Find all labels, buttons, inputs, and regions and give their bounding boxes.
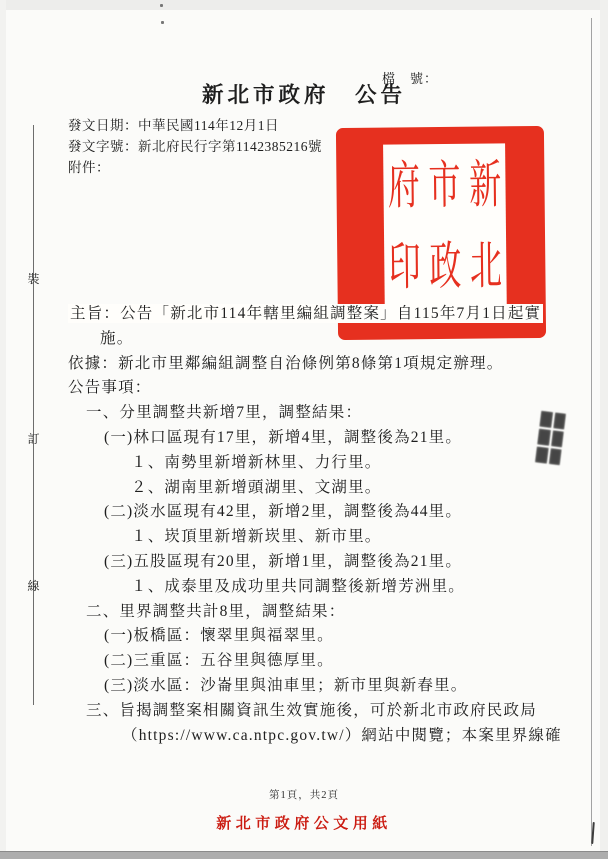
- item-1-1-2: ２、湖南里新增頭湖里、文湖里。: [0, 476, 608, 501]
- item-2-1: (一)板橋區：懷翠里與福翠里。: [0, 624, 608, 649]
- reference-number-line: 發文字號：新北府民行字第1142385216號: [68, 136, 322, 157]
- item-2-3: (三)淡水區：沙崙里與油車里；新市里與新春里。: [0, 674, 608, 699]
- government-seal-face: 府 市 新 印 政 北: [383, 143, 507, 306]
- legal-basis-line: 依據：新北市里鄰編組調整自治條例第8條第1項規定辦理。: [0, 352, 608, 377]
- announcement-body: 主旨：公告「新北市114年轄里編組調整案」自115年7月1日起實 施。 依據：新…: [0, 302, 608, 748]
- scan-speck: [160, 4, 163, 7]
- item-1-1: (一)林口區現有17里，新增4里，調整後為21里。: [0, 426, 608, 451]
- doc-info-block: 發文日期：中華民國114年12月1日 發文字號：新北府民行字第114238521…: [68, 115, 322, 178]
- item-1-2: (二)淡水區現有42里，新增2里，調整後為44里。: [0, 500, 608, 525]
- seal-character: 府: [388, 159, 421, 211]
- issue-date-line: 發文日期：中華民國114年12月1日: [68, 115, 322, 136]
- item-1-2-1: １、崁頂里新增新崁里、新市里。: [0, 525, 608, 550]
- scanned-official-announcement: 檔 號： 保存年限： 新北市政府 公告 發文日期：中華民國114年12月1日 發…: [0, 0, 608, 859]
- document-title: 新北市政府 公告: [0, 78, 608, 109]
- seal-character: 新: [469, 158, 502, 210]
- item-2: 二、里界調整共計8里，調整結果：: [0, 600, 608, 625]
- subject-line-continuation: 施。: [0, 327, 608, 352]
- seal-character: 市: [428, 158, 461, 210]
- official-paper-label: 新北市政府公文用紙: [0, 812, 608, 833]
- binding-char-zhuang: 裝: [25, 270, 42, 287]
- seal-character: 政: [429, 239, 462, 291]
- announcement-items-heading: 公告事項：: [0, 376, 608, 401]
- page-number: 第1頁，共2頁: [0, 787, 608, 802]
- subject-line: 主旨：公告「新北市114年轄里編組調整案」自115年7月1日起實: [0, 302, 608, 327]
- seal-character: 印: [388, 240, 421, 292]
- item-1: 一、分里調整共新增7里，調整結果：: [0, 401, 608, 426]
- item-2-2: (二)三重區：五谷里與德厚里。: [0, 649, 608, 674]
- scan-speck: [161, 21, 164, 24]
- item-1-1-1: １、南勢里新增新林里、力行里。: [0, 451, 608, 476]
- item-3: 三、旨揭調整案相關資訊生效實施後，可於新北市政府民政局: [0, 699, 608, 724]
- scan-border-top: [0, 0, 608, 10]
- item-3-continuation: （https://www.ca.ntpc.gov.tw/）網站中閱覽；本案里界線…: [0, 724, 608, 749]
- scan-border-bottom: [0, 851, 608, 859]
- seal-character: 北: [470, 239, 503, 291]
- attachment-label: 附件：: [68, 157, 322, 178]
- item-1-3-1: １、成泰里及成功里共同調整後新增芳洲里。: [0, 575, 608, 600]
- item-1-3: (三)五股區現有20里，新增1里，調整後為21里。: [0, 550, 608, 575]
